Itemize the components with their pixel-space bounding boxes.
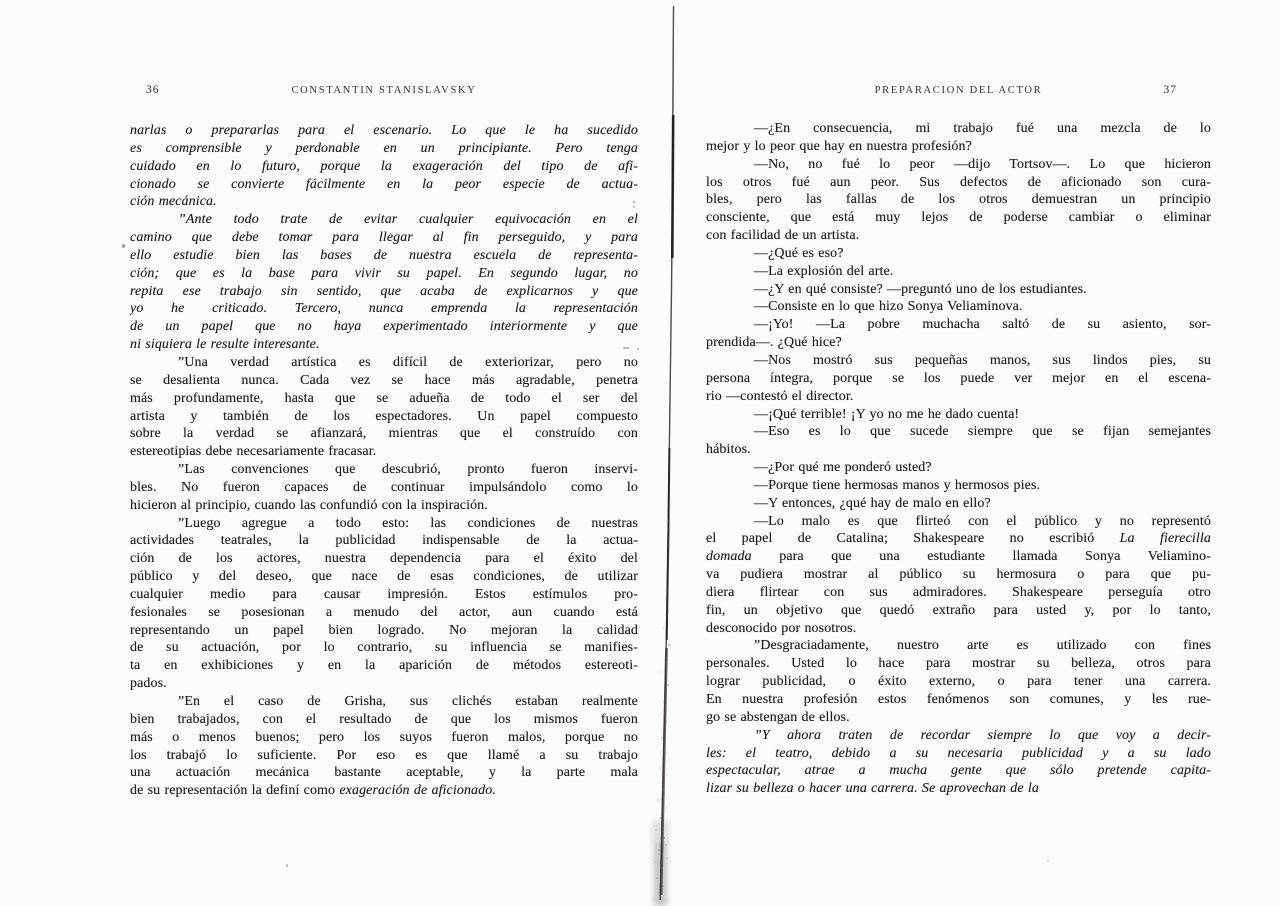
text-line: estereotipias debe necesariamente fracas… <box>130 443 638 461</box>
text-line: —¿En consecuencia, mi trabajo fué una me… <box>706 120 1211 138</box>
text-line: mejor y lo peor que hay en nuestra profe… <box>706 138 1211 156</box>
text-line: consciente, que está muy lejos de poders… <box>706 209 1211 227</box>
italic-text-segment: domada <box>706 549 752 564</box>
text-line: ”Una verdad artística es difícil de exte… <box>130 354 638 372</box>
text-line: ”Desgraciadamente, nuestro arte es utili… <box>706 637 1211 655</box>
text-line: de su representación la definí como exag… <box>130 782 638 800</box>
text-line: los trabajó lo suficiente. Por eso es qu… <box>130 747 638 765</box>
text-line: —Eso es lo que sucede siempre que se fij… <box>706 423 1211 441</box>
text-line: rio —contestó el director. <box>706 388 1211 406</box>
text-line: ”Ante todo trate de evitar cualquier equ… <box>130 211 638 229</box>
text-line: ni siquiera le resulte interesante. <box>130 336 638 354</box>
italic-text-segment: exageración de aficionado. <box>339 783 496 798</box>
text-line: ello estudie bien las bases de nuestra e… <box>130 247 638 265</box>
text-line: los otros fué aun peor. Sus defectos de … <box>706 174 1211 192</box>
text-line: representando un papel bien logrado. No … <box>130 622 638 640</box>
text-line: yo he criticado. Tercero, nunca emprenda… <box>130 300 638 318</box>
text-line: prendida—. ¿Qué hice? <box>706 334 1211 352</box>
text-line: bles. No fueron capaces de continuar imp… <box>130 479 638 497</box>
text-line: pados. <box>130 675 638 693</box>
text-line: cuidado en lo futuro, porque la exagerac… <box>130 158 638 176</box>
text-line: cualquier medio para causar impresión. E… <box>130 586 638 604</box>
text-line: el papel de Catalina; Shakespeare no esc… <box>706 530 1211 548</box>
text-line: hicieron al principio, cuando las confun… <box>130 497 638 515</box>
text-line: público y del deseo, que nace de esas co… <box>130 568 638 586</box>
text-line: fin, un objetivo que quedó extraño para … <box>706 602 1211 620</box>
scan-speck <box>122 244 125 248</box>
book-scan: { "document": { "theme": { "paper_color"… <box>0 0 1280 906</box>
text-line: es comprensible y perdonable en un princ… <box>130 140 638 158</box>
text-line: narlas o prepararlas para el escenario. … <box>130 122 638 140</box>
page-text-left: narlas o prepararlas para el escenario. … <box>130 122 638 800</box>
text-line: —Y entonces, ¿qué hay de malo en ello? <box>706 495 1211 513</box>
gutter-speckle <box>654 180 672 897</box>
text-line: ción de los actores, nuestra dependencia… <box>130 550 638 568</box>
text-line: les: el teatro, debido a su necesaria pu… <box>706 745 1211 763</box>
text-line: —La explosión del arte. <box>706 263 1211 281</box>
text-line: bles, pero las fallas de los otros demue… <box>706 191 1211 209</box>
text-line: sobre la verdad se afianzará, mientras q… <box>130 425 638 443</box>
text-line: fesionales se posesionan a menudo del ac… <box>130 604 638 622</box>
running-title-left: CONSTANTIN STANISLAVSKY <box>130 85 638 96</box>
text-line: actividades teatrales, la publicidad ind… <box>130 532 638 550</box>
text-line: ”Las convenciones que descubrió, pronto … <box>130 461 638 479</box>
page-text-right: —¿En consecuencia, mi trabajo fué una me… <box>706 120 1211 798</box>
text-line: hábitos. <box>706 441 1211 459</box>
text-line: —Nos mostró sus pequeñas manos, sus lind… <box>706 352 1211 370</box>
text-line: artista y también de los espectadores. U… <box>130 408 638 426</box>
text-line: —¿Y en qué consiste? —preguntó uno de lo… <box>706 281 1211 299</box>
text-line: —Porque tiene hermosas manos y hermosos … <box>706 477 1211 495</box>
text-line: ”En el caso de Grisha, sus clichés estab… <box>130 693 638 711</box>
text-line: —Lo malo es que flirteó con el público y… <box>706 513 1211 531</box>
text-line: domada para que una estudiante llamada S… <box>706 548 1211 566</box>
italic-text-segment: La fierecilla <box>1120 531 1211 546</box>
text-line: de un papel que no haya experimentado in… <box>130 318 638 336</box>
text-line: de su actuación, por lo contrario, su in… <box>130 639 638 657</box>
left-page: 36 CONSTANTIN STANISLAVSKY narlas o prep… <box>130 85 638 875</box>
right-page: PREPARACION DEL ACTOR 37 —¿En consecuenc… <box>706 85 1211 875</box>
text-line: ción mecánica. <box>130 193 638 211</box>
text-segment: el papel de Catalina; Shakespeare no esc… <box>706 531 1120 546</box>
text-line: una actuación mecánica bastante aceptabl… <box>130 764 638 782</box>
text-line: persona íntegra, porque se los puede ver… <box>706 370 1211 388</box>
text-line: —¿Por qué me ponderó usted? <box>706 459 1211 477</box>
text-line: go se abstengan de ellos. <box>706 709 1211 727</box>
book-gutter-shadow <box>630 0 700 906</box>
text-line: va pudiera mostrar al público su hermosu… <box>706 566 1211 584</box>
text-line: bien trabajados, con el resultado de que… <box>130 711 638 729</box>
text-line: cionado se convierte fácilmente en la pe… <box>130 176 638 194</box>
text-line: más profundamente, hasta que se adueña d… <box>130 390 638 408</box>
text-line: ción; que es la base para vivir su papel… <box>130 265 638 283</box>
text-line: diera flirtear con sus admiradores. Shak… <box>706 584 1211 602</box>
text-segment: de su representación la definí como <box>130 783 339 798</box>
text-line: espectacular, atrae a mucha gente que só… <box>706 762 1211 780</box>
text-line: ”Luego agregue a todo esto: las condicio… <box>130 515 638 533</box>
text-line: repita ese trabajo sin sentido, que acab… <box>130 283 638 301</box>
text-line: personales. Usted lo hace para mostrar s… <box>706 655 1211 673</box>
text-line: —No, no fué lo peor —dijo Tortsov—. Lo q… <box>706 156 1211 174</box>
text-line: lizar su belleza o hacer una carrera. Se… <box>706 780 1211 798</box>
text-line: camino que debe tomar para llegar al fin… <box>130 229 638 247</box>
text-line: con facilidad de un artista. <box>706 227 1211 245</box>
text-line: —Consiste en lo que hizo Sonya Veliamino… <box>706 298 1211 316</box>
text-line: —¿Qué es eso? <box>706 245 1211 263</box>
text-line: ”Y ahora traten de recordar siempre lo q… <box>706 727 1211 745</box>
text-line: —¡Qué terrible! ¡Y yo no me he dado cuen… <box>706 406 1211 424</box>
text-line: En nuestra profesión estos fenómenos son… <box>706 691 1211 709</box>
page-number-right: 37 <box>1164 84 1178 96</box>
running-title-right: PREPARACION DEL ACTOR <box>706 85 1211 96</box>
text-line: lograr publicidad, o éxito externo, o pa… <box>706 673 1211 691</box>
text-segment: para que una estudiante llamada Sonya Ve… <box>752 549 1211 564</box>
text-line: se desalienta nunca. Cada vez se hace má… <box>130 372 638 390</box>
text-line: desconocido por nosotros. <box>706 620 1211 638</box>
text-line: ta en exhibiciones y en la aparición de … <box>130 657 638 675</box>
text-line: —¡Yo! —La pobre muchacha saltó de su asi… <box>706 316 1211 334</box>
text-line: más o menos buenos; pero los suyos fuero… <box>130 729 638 747</box>
